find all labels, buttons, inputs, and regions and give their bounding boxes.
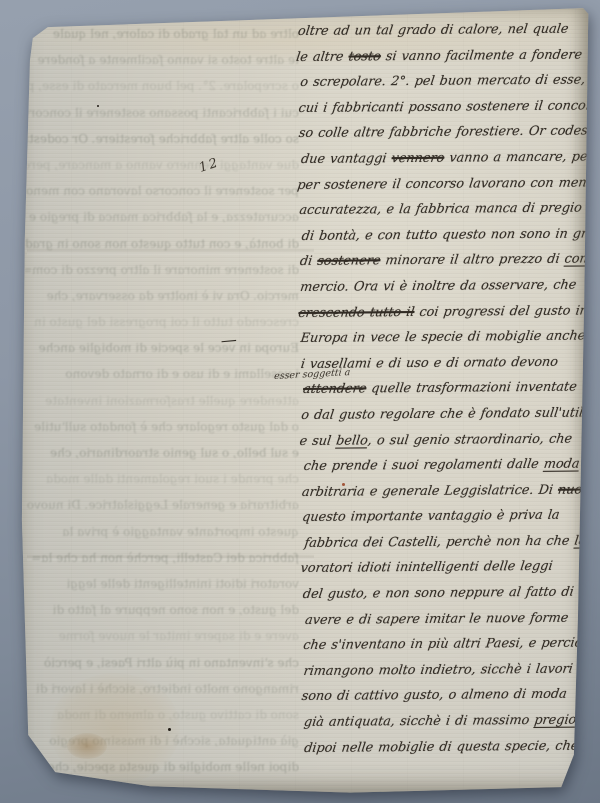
photograph-backdrop: oltre ad un tal grado di calore, nel qua… [0,0,600,803]
manuscript-segment: due vantaggi [300,151,392,167]
bleed-line: fabbrica dei Castelli, perchè non ha che… [25,545,299,571]
bleed-through-text: oltre ad un tal grado di calore, nel qua… [25,21,299,777]
manuscript-text: oltre ad un tal grado di calore, nel qua… [296,16,600,761]
bleed-line: mercio. Ora vi è inoltre da osservare, c… [25,283,299,309]
bleed-line: i vasellami e di uso e di ornato devono [25,361,299,387]
manuscript-segment: tosto [348,49,382,64]
manuscript-segment: la= [573,533,597,548]
manuscript-sheet: oltre ad un tal grado di calore, nel qua… [0,0,600,803]
manuscript-segment: so colle altre fabbriche forestiere. Or … [298,124,598,142]
bleed-line: questo importante vantaggio è priva la [25,519,299,545]
manuscript-segment: minorare il altro prezzo di [379,252,565,269]
manuscript-segment: sono di cattivo gusto, o almeno di moda [301,687,568,704]
manuscript-segment: attendere [302,382,367,398]
manuscript-line: di bontà, e con tutto questo non sono in… [300,221,600,249]
manuscript-line: cui i fabbricanti possano sostenere il c… [297,93,600,121]
manuscript-line: che prende i suoi regolamenti dalle moda [302,451,600,479]
manuscript-line: dipoi nelle mobiglie di questa specie, c… [302,733,600,761]
manuscript-line: per sostenere il concorso lavorano con m… [296,170,600,198]
manuscript-segment: del gusto, e non sono neppure al fatto d… [302,585,575,602]
margin-dash-mark: — [220,334,243,350]
manuscript-segment: bello [335,433,369,448]
manuscript-segment: o dal gusto regolare che è fondato sull'… [300,405,591,423]
manuscript-segment: si vanno facilmente a fondere [380,47,583,64]
manuscript-line: che s'inventano in più altri Paesi, e pe… [302,631,600,659]
bleed-line: che prende i suoi regolamenti dalle moda [25,466,299,492]
bleed-line: del gusto, e non sono neppure al fatto d… [25,597,299,623]
manuscript-line: attendere quelle trasformazioni inventat… [301,375,600,403]
bleed-line: crescendo tutto il coi progressi del gus… [25,309,299,335]
bleed-line: accuratezza, e la fabbrica manca di preg… [25,204,299,230]
manuscript-segment: pregio [533,713,577,728]
manuscript-segment: i vasellami e di uso e di ornato devono [300,354,559,371]
manuscript-segment: arbitraria e generale Leggislatrice. Di [301,482,559,499]
manuscript-segment: mercio. Ora vi è inoltre da osservare, c… [299,277,577,294]
bleed-line: o dal gusto regolare che è fondato sull'… [25,414,299,440]
manuscript-line: rimangono molto indietro, sicchè i lavor… [302,656,600,684]
manuscript-line: i vasellami e di uso e di ornato devono [299,349,600,377]
manuscript-line: avere e di sapere imitar le nuove forme [303,605,600,633]
manuscript-segment: rimangono molto indietro, sicchè i lavor… [303,661,579,678]
manuscript-segment: , o sul genio straordinario, che [367,431,573,448]
manuscript-segment: e sul [299,433,338,448]
bleed-line: o screpolare. 2°. pel buon mercato di es… [25,73,299,99]
manuscript-segment: crescendo tutto il [297,305,415,321]
manuscript-line: arbitraria e generale Leggislatrice. Di … [300,477,600,505]
manuscript-line: o screpolare. 2°. pel buon mercato di es… [299,68,600,96]
manuscript-segment: com= [564,252,600,267]
bleed-line: e sul bello, o sul genio straordinario, … [25,440,299,466]
bleed-line: attendere quelle trasformazioni inventat… [25,388,299,414]
manuscript-segment: che prende i suoi regolamenti dalle [303,457,545,474]
manuscript-segment: sostenere [316,254,381,270]
manuscript-line: fabbrica dei Castelli, perchè non ha che… [303,528,600,556]
manuscript-segment: nuovo [557,482,598,497]
bleed-line: per sostenere il concorso lavorano con m… [25,178,299,204]
manuscript-line: o dal gusto regolare che è fondato sull'… [300,400,600,428]
manuscript-segment: accuratezza, e la fabbrica manca di preg… [299,201,596,219]
manuscript-segment: coi progressi del gusto in [413,303,588,320]
ink-speck [168,728,171,731]
manuscript-segment: vanno a mancare, perchè [443,149,600,166]
manuscript-line: accuratezza, e la fabbrica manca di preg… [298,196,600,224]
manuscript-segment: di [577,661,591,676]
manuscript-line: di sostenere minorare il altro prezzo di… [298,247,600,275]
paper-stain [50,673,180,785]
manuscript-segment: vennero [391,151,446,166]
manuscript-line: del gusto, e non sono neppure al fatto d… [301,579,600,607]
bleed-line: di sostenere minorare il altro prezzo di… [25,257,299,283]
ink-speck [97,105,99,107]
bleed-line: due vantaggi vennero vanno a mancare, pe… [25,152,299,178]
bleed-line: avere e di sapere imitar le nuove forme [25,623,299,649]
manuscript-line: mercio. Ora vi è inoltre da osservare, c… [298,272,600,300]
manuscript-line: crescendo tutto il coi progressi del gus… [297,298,600,326]
manuscript-segment: dipoi nelle mobiglie di questa specie, c… [303,738,579,755]
manuscript-line: già antiquata, sicchè i di massimo pregi… [302,707,600,735]
manuscript-line: so colle altre fabbriche forestiere. Or … [297,119,600,147]
bleed-line: arbitraria e generale Leggislatrice. Di … [25,492,299,518]
manuscript-segment: voratori idioti inintelligenti delle leg… [300,559,554,576]
manuscript-segment: che s'inventano in più altri Paesi, e pe… [302,636,583,653]
bleed-line: cui i fabbricanti possano sostenere il c… [25,100,299,126]
bleed-line: voratori idioti inintelligenti delle leg… [25,571,299,597]
manuscript-line: voratori idioti inintelligenti delle leg… [299,554,600,582]
manuscript-segment: avere e di sapere imitar le nuove forme [304,610,569,627]
manuscript-line: sono di cattivo gusto, o almeno di moda [300,682,600,710]
manuscript-segment: per sostenere il concorso lavorano con m… [296,175,595,193]
manuscript-line: le altre tosto si vanno facilmente a fon… [294,42,599,70]
manuscript-line: e sul bello, o sul genio straordinario, … [298,426,600,454]
manuscript-segment: o screpolare. 2°. pel buon mercato di es… [299,72,600,90]
manuscript-segment: questo importante vantaggio è priva la [301,508,560,525]
manuscript-segment: fabbrica dei Castelli, perchè non ha che [303,533,575,550]
bleed-line: Europa in vece le specie di mobiglie anc… [25,335,299,361]
bleed-line: che s'inventano in più altri Paesi, e pe… [25,650,299,676]
manuscript-line: oltre ad un tal grado di calore, nel qua… [296,16,599,44]
manuscript-line: Europa in vece le specie di mobiglie anc… [299,323,600,351]
paper-stain [67,733,107,759]
manuscript-segment: quelle trasformazioni inventate [365,380,577,397]
paper-surface: oltre ad un tal grado di calore, nel qua… [15,5,590,795]
manuscript-segment: moda [543,457,581,472]
bleed-line: di bontà, e con tutto questo non sono in… [25,231,299,257]
manuscript-line: questo importante vantaggio è priva la [300,503,600,531]
bleed-line: so colle altre fabbriche forestiere. Or … [25,126,299,152]
manuscript-segment: Europa in vece le specie di mobiglie anc… [300,329,587,347]
manuscript-segment: oltre ad un tal grado di calore, nel qua… [297,22,569,39]
manuscript-segment: di bontà, e con tutto questo non sono in… [301,226,600,244]
manuscript-segment: già antiquata, sicchè i di massimo [303,713,535,730]
manuscript-line: due vantaggi vennero vanno a mancare, pe… [299,144,600,172]
manuscript-segment: cui i fabbricanti possano sostenere il c… [298,98,600,116]
manuscript-segment: le altre [295,49,349,64]
